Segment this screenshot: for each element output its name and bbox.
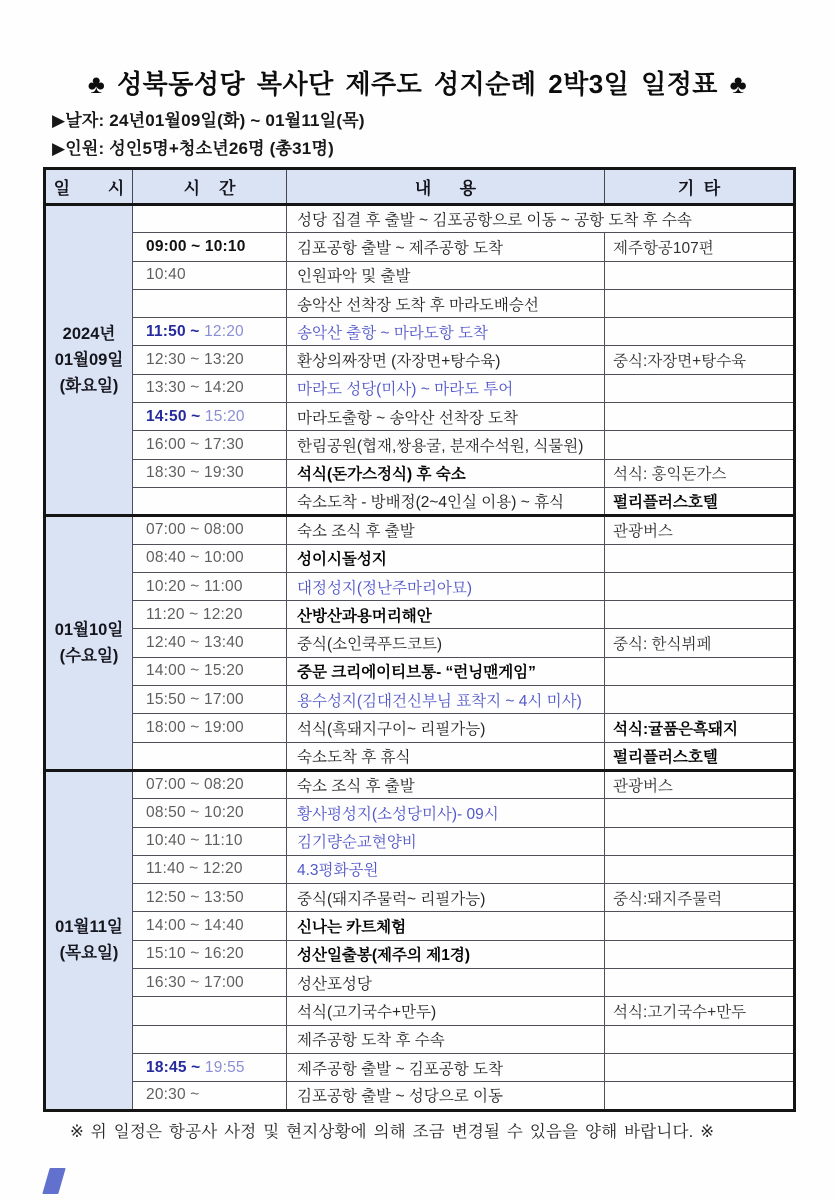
table-row: 20:30 ~ 김포공항 출발 ~ 성당으로 이동 [45, 1082, 795, 1110]
etc-cell [605, 1082, 795, 1110]
etc-cell [605, 1025, 795, 1053]
day-label-line: 2024년 [46, 321, 132, 347]
header-time: 시 간 [133, 169, 287, 205]
table-row: 14:00 ~ 15:20 중문 크리에이티브통- “런닝맨게임” [45, 657, 795, 685]
table-row: 12:50 ~ 13:50 중식(돼지주물럭~ 리필가능) 중식:돼지주물럭 [45, 884, 795, 912]
etc-cell: 관광버스 [605, 770, 795, 798]
time-end: 19:55 [205, 1059, 245, 1076]
header-content: 내 용 [287, 169, 605, 205]
table-row: 숙소도착 후 휴식 펄리플러스호텔 [45, 742, 795, 770]
etc-cell [605, 940, 795, 968]
table-row: 01월10일 (수요일) 07:00 ~ 08:00 숙소 조식 후 출발 관광… [45, 516, 795, 544]
table-row: 14:50 ~ 15:20 마라도출항 ~ 송악산 선착장 도착 [45, 403, 795, 431]
day-label-line: 01월11일 [46, 914, 132, 940]
header-etc: 기 타 [605, 169, 795, 205]
content-cell: 김포공항 출발 ~ 제주공항 도착 [287, 233, 605, 261]
etc-cell [605, 544, 795, 572]
corner-scan-mark [42, 1168, 65, 1194]
table-row: 10:40 ~ 11:10 김기량순교현양비 [45, 827, 795, 855]
table-row: 11:40 ~ 12:20 4.3평화공원 [45, 855, 795, 883]
time-cell: 10:20 ~ 11:00 [133, 572, 287, 600]
etc-cell [605, 827, 795, 855]
time-start: 14:50 ~ [146, 408, 205, 425]
etc-cell [605, 686, 795, 714]
etc-cell [605, 374, 795, 402]
time-end: 15:20 [205, 408, 245, 425]
time-cell: 10:40 [133, 261, 287, 289]
etc-cell [605, 601, 795, 629]
time-cell: 08:50 ~ 10:20 [133, 799, 287, 827]
etc-cell [605, 1053, 795, 1081]
content-cell: 송악산 선착장 도착 후 마라도배승선 [287, 289, 605, 317]
trip-date-line: ▶날자: 24년01월09일(화) ~ 01월11일(목) [52, 106, 365, 131]
time-cell: 12:30 ~ 13:20 [133, 346, 287, 374]
table-row: 18:00 ~ 19:00 석식(흑돼지구이~ 리필가능) 석식:귤품은흑돼지 [45, 714, 795, 742]
content-cell: 성산일출봉(제주의 제1경) [287, 940, 605, 968]
time-cell: 09:00 ~ 10:10 [133, 233, 287, 261]
time-cell: 07:00 ~ 08:00 [133, 516, 287, 544]
table-row: 10:20 ~ 11:00 대정성지(정난주마리아묘) [45, 572, 795, 600]
etc-cell: 석식:고기국수+만두 [605, 997, 795, 1025]
etc-cell: 석식: 홍익돈가스 [605, 459, 795, 487]
time-end: 12:20 [204, 323, 244, 340]
content-cell: 성산포성당 [287, 969, 605, 997]
page-title: ♣ 성북동성당 복사단 제주도 성지순례 2박3일 일정표 ♣ [0, 64, 835, 101]
table-row: 13:30 ~ 14:20 마라도 성당(미사) ~ 마라도 투어 [45, 374, 795, 402]
table-row: 11:50 ~ 12:20 송악산 출항 ~ 마라도항 도착 [45, 318, 795, 346]
etc-cell: 관광버스 [605, 516, 795, 544]
time-start: 11:50 ~ [146, 323, 204, 340]
etc-cell [605, 431, 795, 459]
table-row: 10:40 인원파악 및 출발 [45, 261, 795, 289]
time-cell [133, 742, 287, 770]
content-cell: 제주공항 출발 ~ 김포공항 도착 [287, 1053, 605, 1081]
etc-cell [605, 657, 795, 685]
day2-section: 01월10일 (수요일) 07:00 ~ 08:00 숙소 조식 후 출발 관광… [45, 516, 795, 771]
etc-cell: 중식:돼지주물럭 [605, 884, 795, 912]
etc-cell: 펄리플러스호텔 [605, 742, 795, 770]
etc-cell [605, 261, 795, 289]
day-cell: 01월10일 (수요일) [45, 516, 133, 771]
day-label-line: 01월09일 [46, 347, 132, 373]
content-cell: 석식(고기국수+만두) [287, 997, 605, 1025]
content-cell: 석식(흑돼지구이~ 리필가능) [287, 714, 605, 742]
table-row: 16:30 ~ 17:00 성산포성당 [45, 969, 795, 997]
day-cell: 01월11일 (목요일) [45, 770, 133, 1110]
table-row: 석식(고기국수+만두) 석식:고기국수+만두 [45, 997, 795, 1025]
disclaimer-note: ※ 위 일정은 항공사 사정 및 현지상황에 의해 조금 변경될 수 있음을 양… [70, 1118, 810, 1142]
time-cell: 18:00 ~ 19:00 [133, 714, 287, 742]
table-row: 01월11일 (목요일) 07:00 ~ 08:20 숙소 조식 후 출발 관광… [45, 770, 795, 798]
table-row: 11:20 ~ 12:20 산방산과용머리해안 [45, 601, 795, 629]
table-row: 08:40 ~ 10:00 성이시돌성지 [45, 544, 795, 572]
etc-cell [605, 799, 795, 827]
content-cell: 인원파악 및 출발 [287, 261, 605, 289]
table-row: 12:40 ~ 13:40 중식(소인쿡푸드코트) 중식: 한식뷔페 [45, 629, 795, 657]
content-cell: 중식(소인쿡푸드코트) [287, 629, 605, 657]
table-row: 송악산 선착장 도착 후 마라도배승선 [45, 289, 795, 317]
etc-cell [605, 289, 795, 317]
time-cell: 20:30 ~ [133, 1082, 287, 1110]
table-row: 09:00 ~ 10:10 김포공항 출발 ~ 제주공항 도착 제주항공107편 [45, 233, 795, 261]
table-header: 일 시 시 간 내 용 기 타 [45, 169, 795, 205]
time-cell: 13:30 ~ 14:20 [133, 374, 287, 402]
table-row: 2024년 01월09일 (화요일) 성당 집결 후 출발 ~ 김포공항으로 이… [45, 205, 795, 233]
day3-section: 01월11일 (목요일) 07:00 ~ 08:20 숙소 조식 후 출발 관광… [45, 770, 795, 1110]
content-cell: 숙소 조식 후 출발 [287, 516, 605, 544]
day-label-line: (목요일) [46, 940, 132, 966]
etc-cell: 제주항공107편 [605, 233, 795, 261]
content-cell: 성이시돌성지 [287, 544, 605, 572]
etc-cell: 석식:귤품은흑돼지 [605, 714, 795, 742]
content-cell: 황사평성지(소성당미사)- 09시 [287, 799, 605, 827]
content-cell: 중문 크리에이티브통- “런닝맨게임” [287, 657, 605, 685]
time-cell: 11:20 ~ 12:20 [133, 601, 287, 629]
content-cell: 석식(돈가스정식) 후 숙소 [287, 459, 605, 487]
schedule-table: 일 시 시 간 내 용 기 타 2024년 01월09일 (화요일) 성당 집결… [43, 167, 796, 1112]
table-row: 15:10 ~ 16:20 성산일출봉(제주의 제1경) [45, 940, 795, 968]
content-cell: 산방산과용머리해안 [287, 601, 605, 629]
time-cell [133, 487, 287, 515]
table-row: 16:00 ~ 17:30 한림공원(협재,쌍용굴, 분재수석원, 식물원) [45, 431, 795, 459]
time-cell [133, 289, 287, 317]
header-row: 일 시 시 간 내 용 기 타 [45, 169, 795, 205]
etc-cell: 펄리플러스호텔 [605, 487, 795, 515]
etc-cell [605, 912, 795, 940]
table-row: 제주공항 도착 후 수속 [45, 1025, 795, 1053]
content-cell: 성당 집결 후 출발 ~ 김포공항으로 이동 ~ 공항 도착 후 수속 [287, 205, 795, 233]
day-label-line: 01월10일 [46, 617, 132, 643]
content-cell: 숙소도착 - 방배정(2~4인실 이용) ~ 휴식 [287, 487, 605, 515]
content-cell: 김기량순교현양비 [287, 827, 605, 855]
time-cell [133, 997, 287, 1025]
time-start: 18:45 ~ [146, 1059, 205, 1076]
time-cell: 14:50 ~ 15:20 [133, 403, 287, 431]
day-label-line: (화요일) [46, 373, 132, 399]
day-label-line: (수요일) [46, 643, 132, 669]
time-cell: 18:45 ~ 19:55 [133, 1053, 287, 1081]
content-cell: 중식(돼지주물럭~ 리필가능) [287, 884, 605, 912]
etc-cell [605, 969, 795, 997]
time-cell: 16:00 ~ 17:30 [133, 431, 287, 459]
content-cell: 마라도 성당(미사) ~ 마라도 투어 [287, 374, 605, 402]
time-cell: 14:00 ~ 14:40 [133, 912, 287, 940]
content-cell: 숙소 조식 후 출발 [287, 770, 605, 798]
time-cell: 08:40 ~ 10:00 [133, 544, 287, 572]
table-row: 15:50 ~ 17:00 용수성지(김대건신부님 표착지 ~ 4시 미사) [45, 686, 795, 714]
table-row: 12:30 ~ 13:20 환상의짜장면 (자장면+탕수육) 중식:자장면+탕수… [45, 346, 795, 374]
etc-cell [605, 572, 795, 600]
day1-section: 2024년 01월09일 (화요일) 성당 집결 후 출발 ~ 김포공항으로 이… [45, 205, 795, 516]
content-cell: 마라도출항 ~ 송악산 선착장 도착 [287, 403, 605, 431]
content-cell: 김포공항 출발 ~ 성당으로 이동 [287, 1082, 605, 1110]
etc-cell [605, 318, 795, 346]
time-cell: 12:50 ~ 13:50 [133, 884, 287, 912]
time-cell: 16:30 ~ 17:00 [133, 969, 287, 997]
etc-cell [605, 855, 795, 883]
content-cell: 한림공원(협재,쌍용굴, 분재수석원, 식물원) [287, 431, 605, 459]
day-cell: 2024년 01월09일 (화요일) [45, 205, 133, 516]
table-row: 08:50 ~ 10:20 황사평성지(소성당미사)- 09시 [45, 799, 795, 827]
content-cell: 대정성지(정난주마리아묘) [287, 572, 605, 600]
etc-cell: 중식: 한식뷔페 [605, 629, 795, 657]
time-cell: 11:50 ~ 12:20 [133, 318, 287, 346]
content-cell: 환상의짜장면 (자장면+탕수육) [287, 346, 605, 374]
time-cell: 07:00 ~ 08:20 [133, 770, 287, 798]
time-cell: 14:00 ~ 15:20 [133, 657, 287, 685]
time-cell [133, 1025, 287, 1053]
content-cell: 신나는 카트체험 [287, 912, 605, 940]
content-cell: 제주공항 도착 후 수속 [287, 1025, 605, 1053]
time-cell: 15:10 ~ 16:20 [133, 940, 287, 968]
table-row: 숙소도착 - 방배정(2~4인실 이용) ~ 휴식 펄리플러스호텔 [45, 487, 795, 515]
etc-cell [605, 403, 795, 431]
content-cell: 송악산 출항 ~ 마라도항 도착 [287, 318, 605, 346]
time-cell: 15:50 ~ 17:00 [133, 686, 287, 714]
time-cell: 11:40 ~ 12:20 [133, 855, 287, 883]
content-cell: 4.3평화공원 [287, 855, 605, 883]
time-cell: 10:40 ~ 11:10 [133, 827, 287, 855]
time-cell [133, 205, 287, 233]
time-cell: 12:40 ~ 13:40 [133, 629, 287, 657]
table-row: 18:45 ~ 19:55 제주공항 출발 ~ 김포공항 도착 [45, 1053, 795, 1081]
etc-cell: 중식:자장면+탕수육 [605, 346, 795, 374]
content-cell: 용수성지(김대건신부님 표착지 ~ 4시 미사) [287, 686, 605, 714]
time-cell: 18:30 ~ 19:30 [133, 459, 287, 487]
table-row: 14:00 ~ 14:40 신나는 카트체험 [45, 912, 795, 940]
table-row: 18:30 ~ 19:30 석식(돈가스정식) 후 숙소 석식: 홍익돈가스 [45, 459, 795, 487]
header-datetime: 일 시 [45, 169, 133, 205]
trip-people-line: ▶인원: 성인5명+청소년26명 (총31명) [52, 134, 334, 159]
content-cell: 숙소도착 후 휴식 [287, 742, 605, 770]
